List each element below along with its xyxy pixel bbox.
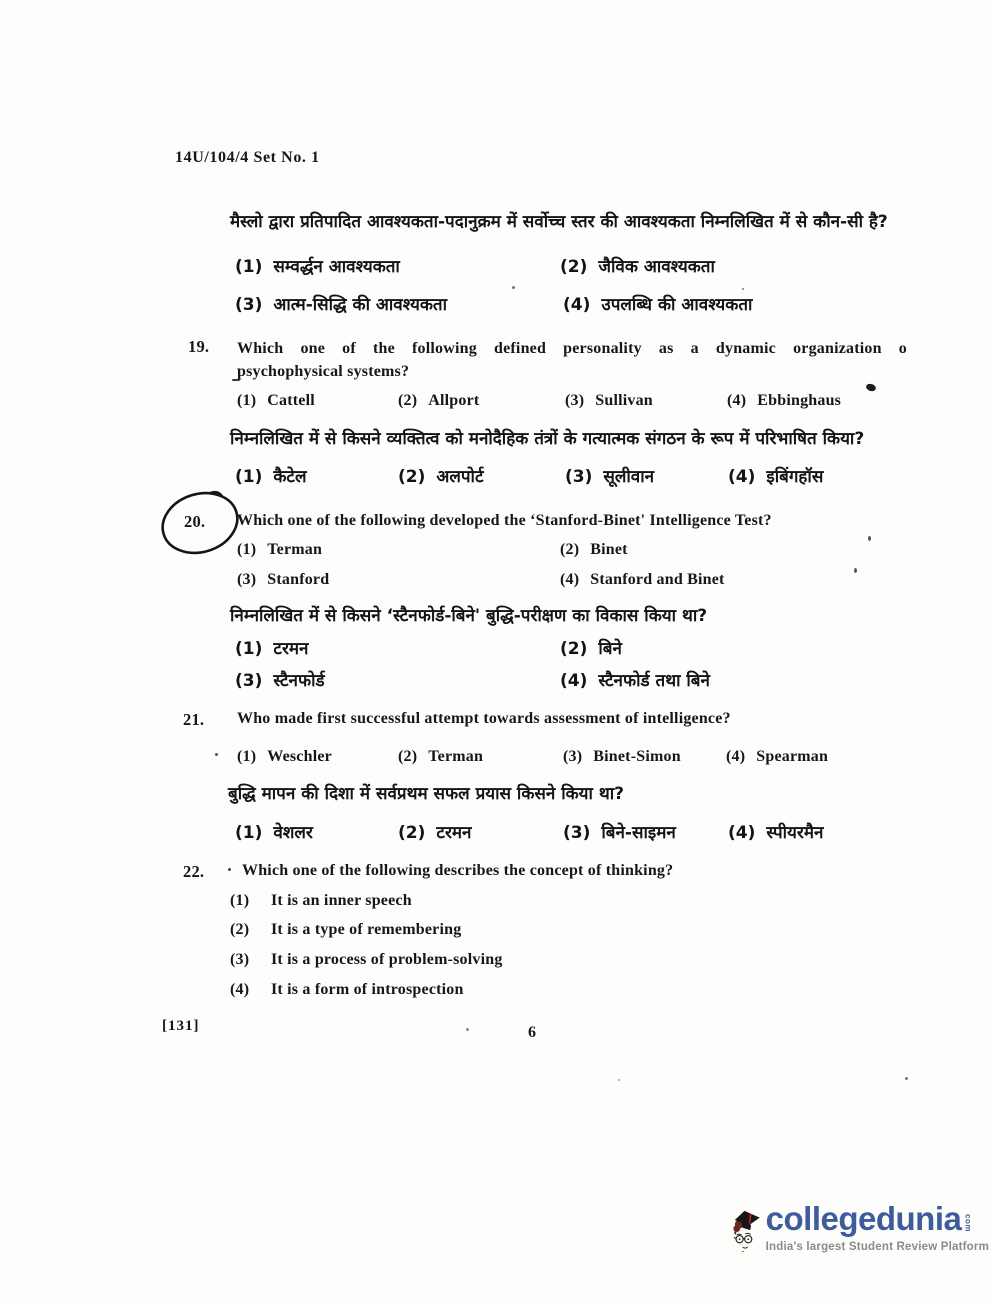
option-number: (3) [235, 295, 262, 315]
option-label: सम्वर्द्धन आवश्यकता [273, 257, 399, 277]
option-number: (4) [726, 748, 745, 765]
q21-hindi-text: बुद्धि मापन की दिशा में सर्वप्रथम सफल प्… [228, 781, 624, 804]
q19-english-line1: Which one of the following defined perso… [237, 337, 907, 360]
scanned-exam-page: 14U/104/4 Set No. 1 मैस्लो द्वारा प्रतिप… [0, 0, 993, 1303]
paper-code: 14U/104/4 Set No. 1 [175, 149, 320, 167]
q19-english-option-2: (2)Allport [398, 392, 479, 410]
brand-name: collegedunia [766, 1202, 962, 1236]
booklet-code: [131] [162, 1018, 200, 1035]
option-label: It is a type of remembering [271, 921, 461, 938]
option-label: आत्म-सिद्धि की आवश्यकता [273, 295, 447, 315]
q21-english-option-3: (3)Binet-Simon [563, 748, 681, 766]
q22-option-4: (4)It is a form of introspection [230, 981, 464, 999]
brand-tagline: India's largest Student Review Platform [766, 1241, 989, 1253]
stray-dot [618, 1079, 620, 1081]
option-label: Binet-Simon [593, 748, 681, 765]
option-label: Weschler [267, 748, 332, 765]
stray-dot [742, 288, 744, 290]
option-label: Sullivan [595, 392, 653, 409]
stray-tick-mark [868, 536, 871, 541]
stray-dot [228, 868, 231, 871]
ink-speck [865, 383, 877, 393]
option-label: Cattell [267, 392, 315, 409]
q18-hindi-option-3: (3)आत्म-सिद्धि की आवश्यकता [235, 292, 447, 315]
q21-hindi-option-2: (2)टरमन [398, 820, 472, 843]
option-label: Allport [428, 392, 479, 409]
option-label: बिने-साइमन [601, 823, 675, 843]
q20-hindi-option-3: (3)स्टैनफोर्ड [235, 668, 325, 691]
q22-option-1: (1)It is an inner speech [230, 892, 412, 910]
q20-hindi-text: निम्नलिखित में से किसने ‘स्टैनफोर्ड-बिने… [230, 603, 707, 626]
option-label: जैविक आवश्यकता [598, 257, 715, 277]
option-label: वेशलर [273, 823, 313, 843]
option-number: (1) [235, 257, 262, 277]
q21-number: 21. [183, 710, 204, 730]
option-number: (2) [398, 823, 425, 843]
q18-hindi-option-1: (1)सम्वर्द्धन आवश्यकता [235, 254, 400, 277]
option-label: Terman [428, 748, 483, 765]
stray-dash-mark [232, 379, 240, 381]
q19-english-option-3: (3)Sullivan [565, 392, 653, 410]
q21-english-option-1: (1)Weschler [237, 748, 332, 766]
page-number: 6 [528, 1024, 536, 1042]
option-label: इबिंगहॉस [766, 467, 823, 487]
option-number: (4) [727, 392, 746, 409]
q20-english-option-3: (3)Stanford [237, 571, 329, 589]
collegedunia-mascot-icon [731, 1186, 762, 1278]
option-number: (3) [237, 571, 256, 588]
q21-english-option-4: (4)Spearman [726, 748, 828, 766]
option-label: Stanford and Binet [590, 571, 724, 588]
option-number: (3) [230, 951, 260, 969]
q20-hindi-option-2: (2)बिने [560, 636, 622, 659]
option-number: (3) [565, 467, 592, 487]
q20-hindi-option-4: (4)स्टैनफोर्ड तथा बिने [560, 668, 710, 691]
option-number: (3) [563, 823, 590, 843]
option-number: (2) [398, 392, 417, 409]
option-number: (4) [230, 981, 260, 999]
option-number: (1) [235, 639, 262, 659]
q20-number: 20. [184, 512, 205, 532]
brand-tld: com [963, 1214, 972, 1232]
option-number: (4) [560, 671, 587, 691]
option-label: सूलीवान [603, 467, 654, 487]
option-number: (3) [565, 392, 584, 409]
q18-hindi-text: मैस्लो द्वारा प्रतिपादित आवश्यकता-पदानुक… [230, 209, 888, 232]
q19-english-option-1: (1)Cattell [237, 392, 315, 410]
option-number: (2) [398, 748, 417, 765]
collegedunia-logo: collegedunia com India's largest Student… [731, 1186, 989, 1278]
q20-english-text: Which one of the following developed the… [237, 512, 772, 530]
stray-dot [905, 1077, 908, 1080]
q19-hindi-option-4: (4)इबिंगहॉस [728, 464, 823, 487]
option-number: (2) [560, 639, 587, 659]
q22-number: 22. [183, 862, 204, 882]
q19-english-line2: psychophysical systems? [237, 363, 409, 380]
option-number: (4) [560, 571, 579, 588]
option-label: It is a process of problem-solving [271, 951, 503, 968]
option-label: कैटेल [273, 467, 306, 487]
q21-english-option-2: (2)Terman [398, 748, 483, 766]
option-number: (4) [728, 467, 755, 487]
q19-english-text: Which one of the following defined perso… [237, 337, 907, 383]
option-label: उपलब्धि की आवश्यकता [601, 295, 752, 315]
q18-hindi-option-4: (4)उपलब्धि की आवश्यकता [563, 292, 752, 315]
option-label: It is an inner speech [271, 892, 412, 909]
option-number: (1) [237, 541, 256, 558]
q20-hindi-option-1: (1)टरमन [235, 636, 309, 659]
q21-hindi-option-4: (4)स्पीयरमैन [728, 820, 823, 843]
q21-hindi-option-3: (3)बिने-साइमन [563, 820, 676, 843]
q21-english-text: Who made first successful attempt toward… [237, 710, 731, 728]
q19-hindi-text: निम्नलिखित में से किसने व्यक्तित्व को मन… [230, 426, 864, 449]
option-label: Stanford [267, 571, 329, 588]
stray-tick-mark [854, 568, 857, 573]
q19-english-option-4: (4)Ebbinghaus [727, 392, 841, 410]
q20-english-option-4: (4)Stanford and Binet [560, 571, 725, 589]
option-label: स्पीयरमैन [766, 823, 823, 843]
option-number: (4) [728, 823, 755, 843]
q22-option-3: (3)It is a process of problem-solving [230, 951, 503, 969]
option-number: (3) [563, 748, 582, 765]
q20-english-option-1: (1)Terman [237, 541, 322, 559]
q22-english-text: Which one of the following describes the… [242, 862, 673, 880]
q19-hindi-option-1: (1)कैटेल [235, 464, 307, 487]
option-number: (2) [398, 467, 425, 487]
stray-dot [466, 1028, 469, 1031]
option-label: स्टैनफोर्ड [273, 671, 324, 691]
option-number: (2) [230, 921, 260, 939]
q22-option-2: (2)It is a type of remembering [230, 921, 461, 939]
option-number: (3) [235, 671, 262, 691]
q20-english-option-2: (2)Binet [560, 541, 628, 559]
q19-number: 19. [188, 337, 209, 357]
option-label: टरमन [273, 639, 308, 659]
q18-hindi-option-2: (2)जैविक आवश्यकता [560, 254, 715, 277]
option-label: टरमन [436, 823, 471, 843]
option-label: अलपोर्ट [436, 467, 483, 487]
option-label: Binet [590, 541, 627, 558]
option-number: (1) [235, 823, 262, 843]
option-label: बिने [598, 639, 622, 659]
stray-dot [512, 286, 515, 289]
stray-dot [215, 753, 218, 756]
option-label: Ebbinghaus [757, 392, 841, 409]
option-number: (4) [563, 295, 590, 315]
q19-hindi-option-2: (2)अलपोर्ट [398, 464, 484, 487]
option-label: स्टैनफोर्ड तथा बिने [598, 671, 710, 691]
option-label: It is a form of introspection [271, 981, 464, 998]
option-number: (1) [235, 467, 262, 487]
q21-hindi-option-1: (1)वेशलर [235, 820, 313, 843]
option-label: Spearman [756, 748, 828, 765]
option-number: (1) [237, 748, 256, 765]
option-label: Terman [267, 541, 322, 558]
option-number: (2) [560, 541, 579, 558]
option-number: (2) [560, 257, 587, 277]
option-number: (1) [237, 392, 256, 409]
q19-hindi-option-3: (3)सूलीवान [565, 464, 654, 487]
option-number: (1) [230, 892, 260, 910]
